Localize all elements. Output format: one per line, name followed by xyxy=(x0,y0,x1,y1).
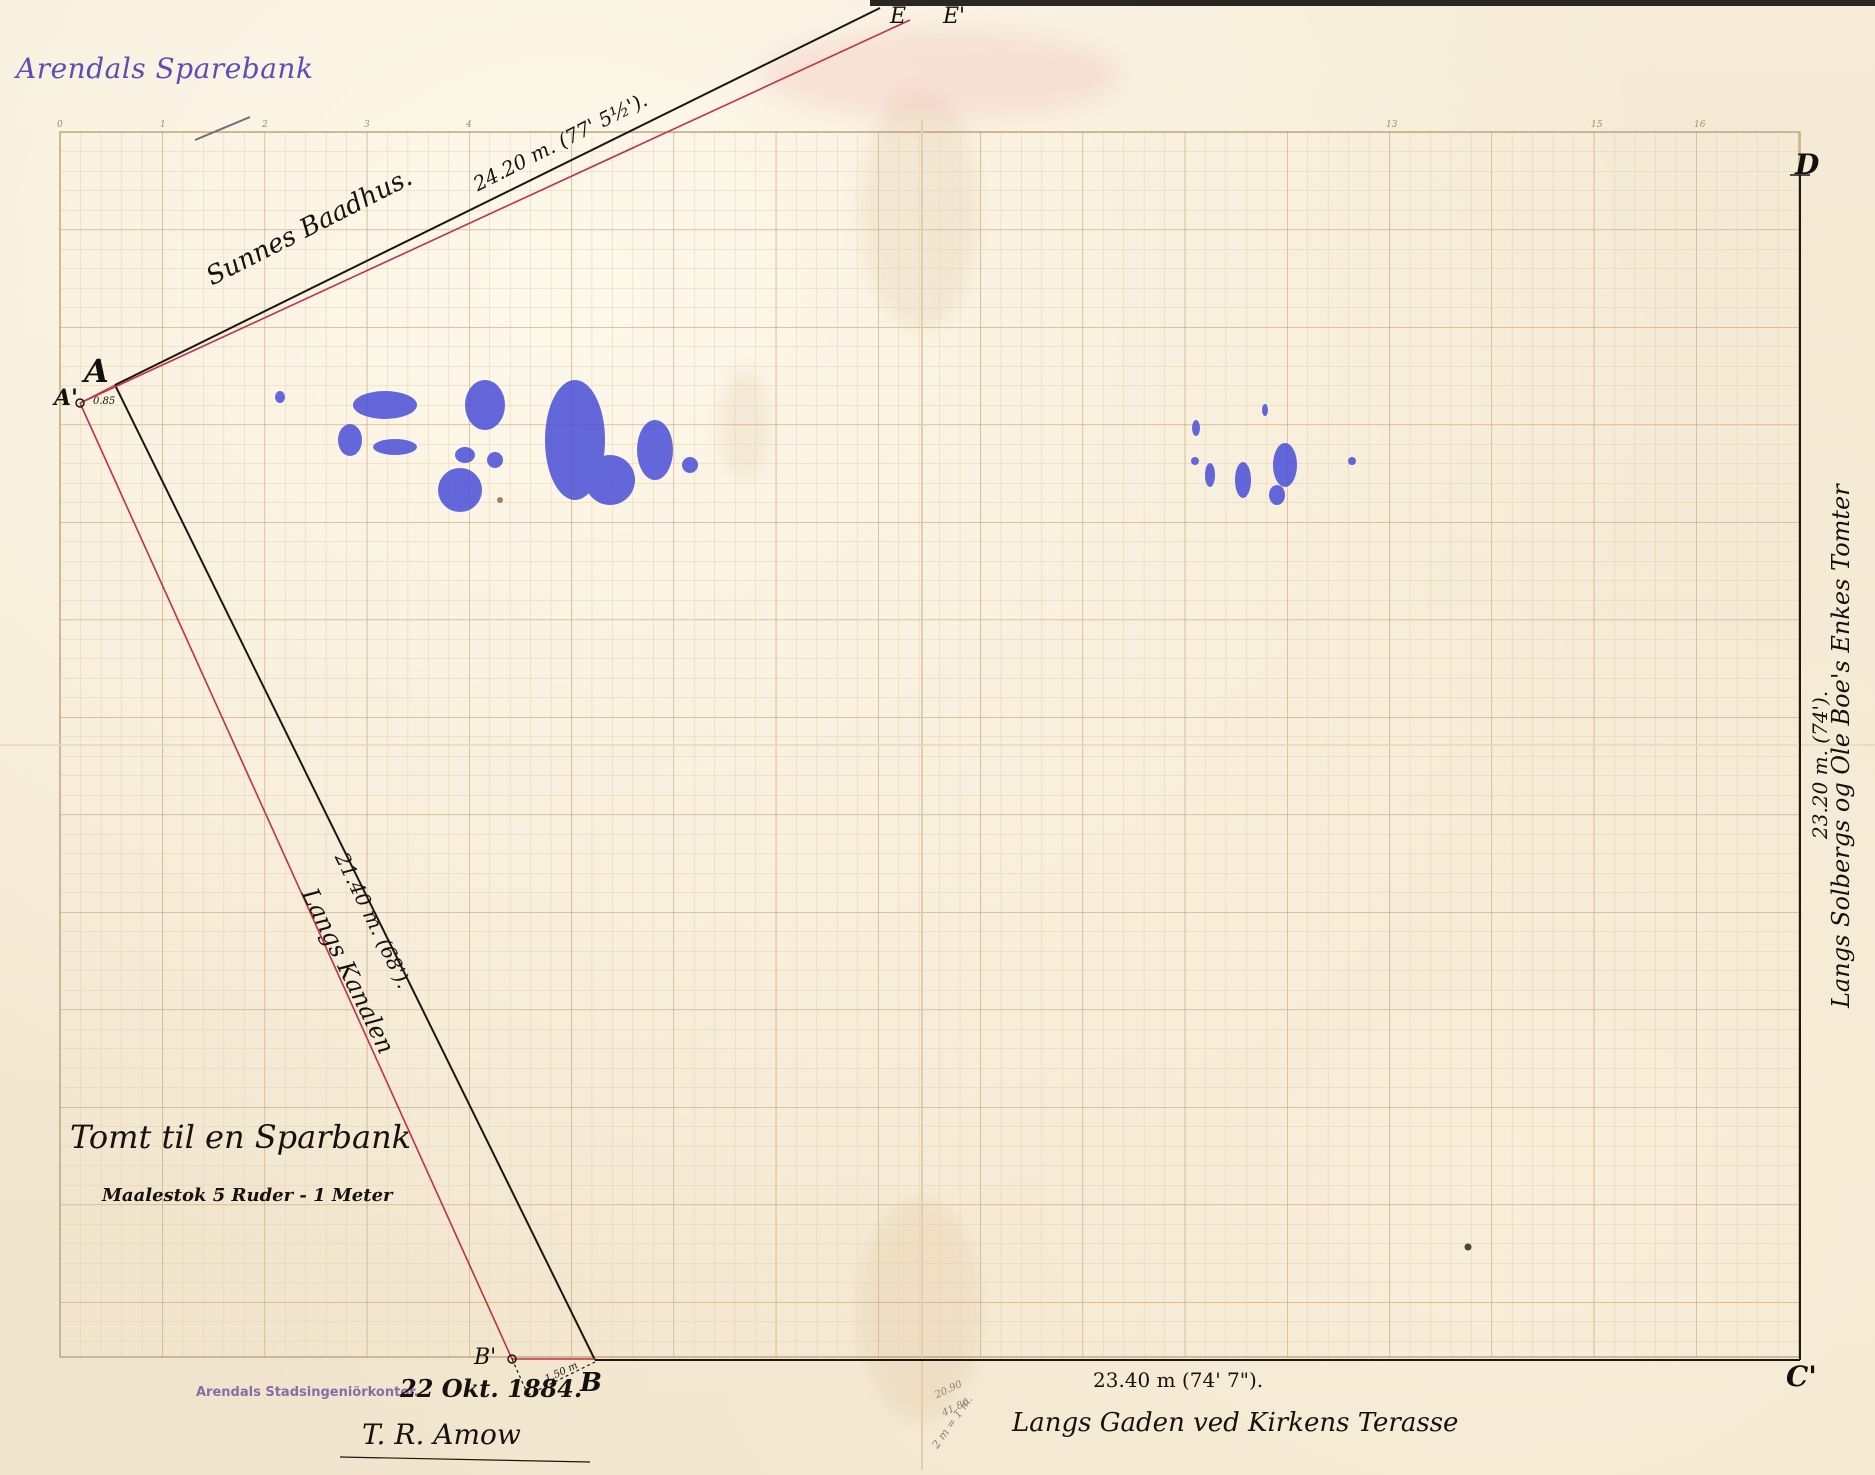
bottom-edge-label: Langs Gaden ved Kirkens Terasse xyxy=(1012,1408,1458,1438)
scale-note: Maalestok 5 Ruder - 1 Meter xyxy=(102,1185,393,1206)
point-a-label: A xyxy=(84,352,109,390)
point-e-prime-label: E' xyxy=(943,4,965,29)
x-tick: 0 xyxy=(57,120,63,130)
x-tick: 1 xyxy=(160,120,166,130)
x-tick: 3 xyxy=(364,120,370,130)
survey-drawing xyxy=(0,0,1875,1475)
point-e-label: E xyxy=(890,4,906,29)
point-c-label: C' xyxy=(1786,1360,1817,1393)
point-b-label: B xyxy=(580,1368,602,1398)
plan-title: Tomt til en Sparbank xyxy=(70,1118,411,1156)
date: 22 Okt. 1884. xyxy=(400,1374,582,1403)
point-a-prime-label: A' xyxy=(54,385,78,411)
x-tick: 4 xyxy=(466,120,472,130)
x-tick: 13 xyxy=(1386,120,1397,130)
signature: T. R. Amow xyxy=(362,1418,521,1451)
x-tick: 15 xyxy=(1591,120,1602,130)
offset-a: 0.85 xyxy=(93,396,115,407)
right-edge-label: Langs Solbergs og Ole Boe's Enkes Tomter xyxy=(1827,484,1855,1008)
bank-stamp: Arendals Sparebank xyxy=(16,52,313,85)
point-b-prime-label: B' xyxy=(474,1345,496,1370)
x-tick: 2 xyxy=(262,120,268,130)
bottom-edge-measure: 23.40 m (74' 7"). xyxy=(1093,1368,1263,1392)
x-tick: 16 xyxy=(1694,120,1705,130)
office-stamp: Arendals Stadsingeniörkontor. xyxy=(196,1385,419,1400)
point-d-label: D xyxy=(1795,148,1819,181)
